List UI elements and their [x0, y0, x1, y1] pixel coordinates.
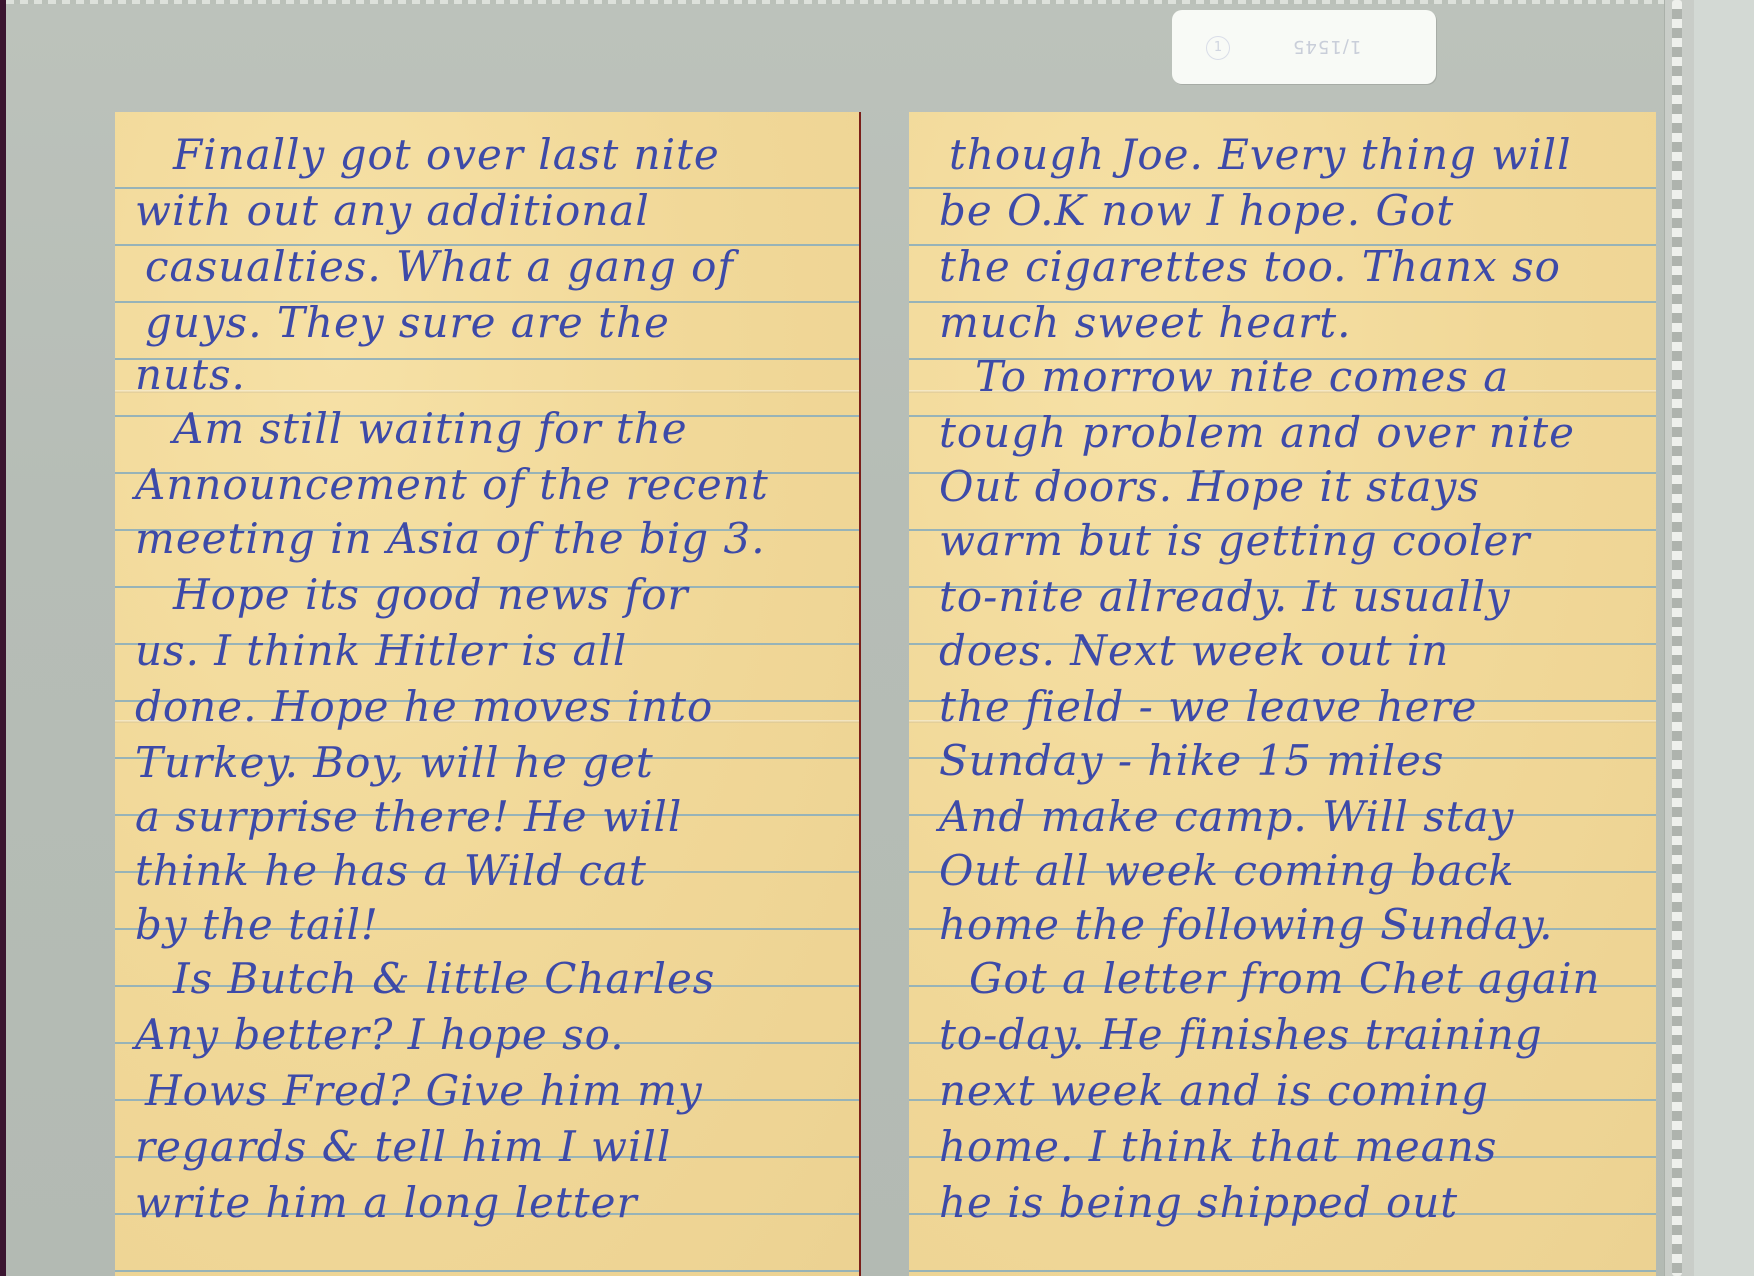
handwritten-line: to-day. He finishes training [939, 1010, 1543, 1060]
handwritten-line: Hows Fred? Give him my [145, 1066, 703, 1116]
handwritten-line: To morrow nite comes a [975, 352, 1509, 402]
handwritten-line: Out all week coming back [939, 846, 1515, 896]
handwritten-line: nuts. [135, 350, 246, 400]
handwritten-line: Am still waiting for the [173, 404, 688, 454]
handwritten-line: Got a letter from Chet again [969, 954, 1601, 1004]
handwritten-line: much sweet heart. [939, 298, 1352, 348]
letter-page-left: Finally got over last nite with out any … [115, 112, 861, 1276]
handwritten-line: meeting in Asia of the big 3. [135, 514, 766, 564]
binder-holes [1672, 0, 1682, 1276]
handwritten-line: by the tail! [135, 900, 379, 950]
scanner-margin [1694, 0, 1754, 1276]
letter-page-right: though Joe. Every thing will be O.K now … [909, 112, 1656, 1276]
handwritten-line: Hope its good news for [173, 570, 689, 620]
handwritten-line: a surprise there! He will [135, 792, 682, 842]
handwritten-line: Any better? I hope so. [135, 1010, 625, 1060]
handwritten-line: Finally got over last nite [173, 130, 720, 180]
archive-label-tag: 1 1/1545 [1172, 10, 1436, 84]
handwritten-line: next week and is coming [939, 1066, 1489, 1116]
handwritten-line: the cigarettes too. Thanx so [939, 242, 1561, 292]
handwritten-line: And make camp. Will stay [939, 792, 1514, 842]
handwritten-line: think he has a Wild cat [135, 846, 647, 896]
handwritten-line: be O.K now I hope. Got [939, 186, 1454, 236]
handwritten-line: the field - we leave here [939, 682, 1477, 732]
handwritten-line: he is being shipped out [939, 1178, 1458, 1228]
handwritten-line: regards & tell him I will [135, 1122, 671, 1172]
handwritten-line: casualties. What a gang of [145, 242, 734, 292]
handwritten-line: done. Hope he moves into [135, 682, 713, 732]
handwritten-line: warm but is getting cooler [939, 516, 1530, 566]
handwritten-line: write him a long letter [135, 1178, 638, 1228]
handwritten-line: with out any additional [135, 186, 650, 236]
handwritten-line: Turkey. Boy, will he get [135, 738, 654, 788]
handwritten-line: tough problem and over nite [939, 408, 1575, 458]
handwritten-line: Announcement of the recent [135, 460, 769, 510]
label-catalog-code: 1/1545 [1292, 36, 1361, 57]
handwritten-line: guys. They sure are the [145, 298, 670, 348]
handwritten-line: us. I think Hitler is all [135, 626, 627, 676]
handwritten-line: though Joe. Every thing will [949, 130, 1572, 180]
handwritten-line: to-nite allready. It usually [939, 572, 1511, 622]
sleeve-left-edge [0, 0, 6, 1276]
handwritten-line: does. Next week out in [939, 626, 1449, 676]
handwritten-line: Out doors. Hope it stays [939, 462, 1480, 512]
handwritten-line: Sunday - hike 15 miles [939, 736, 1444, 786]
handwritten-line: Is Butch & little Charles [173, 954, 715, 1004]
handwritten-line: home. I think that means [939, 1122, 1497, 1172]
sleeve-top-perforation [6, 0, 1676, 4]
label-circled-number: 1 [1206, 36, 1230, 60]
handwritten-line: home the following Sunday. [939, 900, 1553, 950]
